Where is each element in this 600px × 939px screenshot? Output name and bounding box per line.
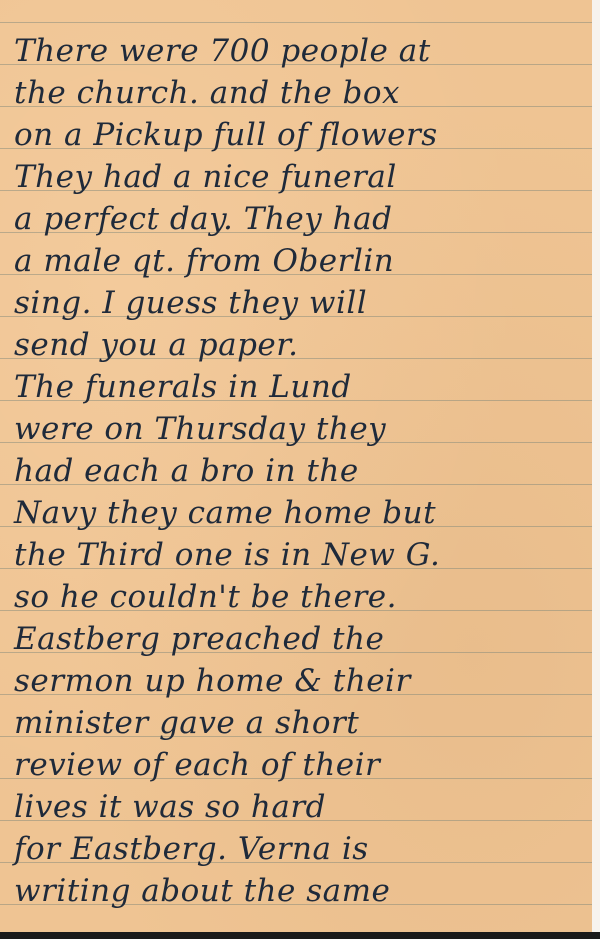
letter-page: There were 700 people at the church. and… [0, 0, 592, 932]
text-line: had each a bro in the [14, 450, 584, 492]
text-line: for Eastberg. Verna is [14, 828, 584, 870]
text-line: the church. and the box [14, 72, 584, 114]
text-line: sermon up home & their [14, 660, 584, 702]
text-line: a perfect day. They had [14, 198, 584, 240]
text-line: were on Thursday they [14, 408, 584, 450]
text-line: Eastberg preached the [14, 618, 584, 660]
text-line: lives it was so hard [14, 786, 584, 828]
text-line: so he couldn't be there. [14, 576, 584, 618]
text-line: They had a nice funeral [14, 156, 584, 198]
scan-edge [592, 0, 600, 939]
text-line: Navy they came home but [14, 492, 584, 534]
text-line: review of each of their [14, 744, 584, 786]
text-line: writing about the same [14, 870, 584, 912]
scan-bottom-edge [0, 932, 600, 939]
text-line: the Third one is in New G. [14, 534, 584, 576]
text-line: send you a paper. [14, 324, 584, 366]
text-line: There were 700 people at [14, 30, 584, 72]
ruled-line [0, 22, 592, 23]
text-line: The funerals in Lund [14, 366, 584, 408]
text-line: a male qt. from Oberlin [14, 240, 584, 282]
text-line: on a Pickup full of flowers [14, 114, 584, 156]
text-line: sing. I guess they will [14, 282, 584, 324]
text-line: minister gave a short [14, 702, 584, 744]
